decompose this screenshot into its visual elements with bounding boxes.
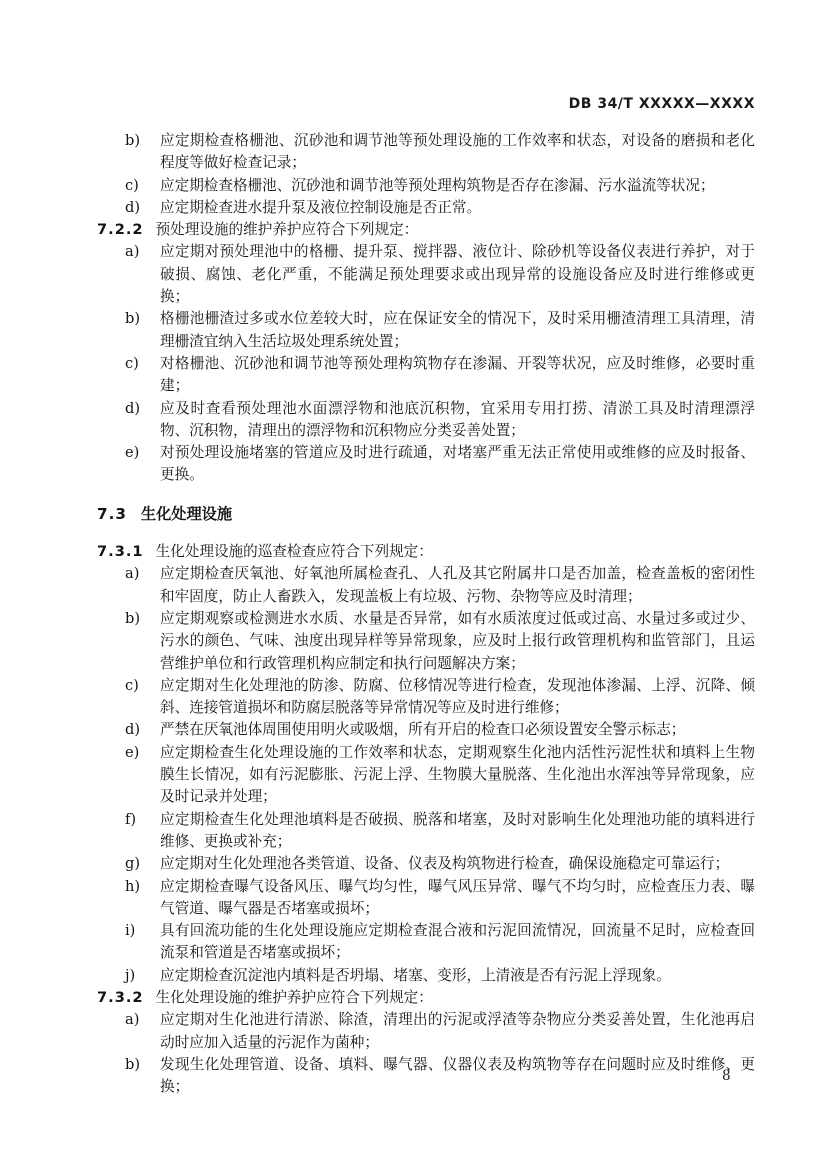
list-item-text: 严禁在厌氧池体周围使用明火或吸烟，所有开启的检查口必须设置安全警示标志； [160, 719, 755, 741]
list-item-label: g) [125, 853, 160, 875]
list-item-label: e) [125, 742, 160, 809]
clause-text: 预处理设施的维护养护应符合下列规定： [156, 221, 419, 238]
list-item-text: 发现生化处理管道、设备、填料、曝气器、仪器仪表及构筑物等存在问题时应及时维修、更… [160, 1054, 755, 1099]
list-item-text: 应定期对生化池进行清淤、除渣，清理出的污泥或浮渣等杂物应分类妥善处置，生化池再启… [160, 1009, 755, 1054]
list-item-text: 格栅池栅渣过多或水位差较大时，应在保证安全的情况下，及时采用栅渣清理工具清理，清… [160, 308, 755, 353]
list-item: i)具有回流功能的生化处理设施应定期检查混合液和污泥回流情况，回流量不足时，应检… [97, 920, 755, 965]
list-item-text: 应定期检查生化处理池填料是否破损、脱落和堵塞，及时对影响生化处理池功能的填料进行… [160, 809, 755, 854]
list-item: b)应定期检查格栅池、沉砂池和调节池等预处理设施的工作效率和状态，对设备的磨损和… [97, 130, 755, 175]
list-item-label: i) [125, 920, 160, 965]
list-item: a)应定期检查厌氧池、好氧池所属检查孔、人孔及其它附属井口是否加盖，检查盖板的密… [97, 563, 755, 608]
list-item-text: 应定期检查格栅池、沉砂池和调节池等预处理设施的工作效率和状态，对设备的磨损和老化… [160, 130, 755, 175]
clause-number: 7.3.2 [97, 989, 144, 1006]
document-page: DB 34/T XXXXX—XXXX b)应定期检查格栅池、沉砂池和调节池等预处… [0, 0, 826, 1169]
list-item: j)应定期检查沉淀池内填料是否坍塌、堵塞、变形，上清液是否有污泥上浮现象。 [97, 965, 755, 987]
list-item-text: 应及时查看预处理池水面漂浮物和池底沉积物，宜采用专用打捞、清淤工具及时清理漂浮物… [160, 398, 755, 443]
list-item: f)应定期检查生化处理池填料是否破损、脱落和堵塞，及时对影响生化处理池功能的填料… [97, 809, 755, 854]
list-item: c)对格栅池、沉砂池和调节池等预处理构筑物存在渗漏、开裂等状况，应及时维修，必要… [97, 353, 755, 398]
list-item: d)应及时查看预处理池水面漂浮物和池底沉积物，宜采用专用打捞、清淤工具及时清理漂… [97, 398, 755, 443]
list-item-label: e) [125, 442, 160, 487]
list-item: h)应定期检查曝气设备风压、曝气均匀性，曝气风压异常、曝气不均匀时，应检查压力表… [97, 876, 755, 921]
list-item: a)应定期对生化池进行清淤、除渣，清理出的污泥或浮渣等杂物应分类妥善处置，生化池… [97, 1009, 755, 1054]
list-item-label: d) [125, 719, 160, 741]
list-item-text: 应定期检查曝气设备风压、曝气均匀性，曝气风压异常、曝气不均匀时，应检查压力表、曝… [160, 876, 755, 921]
list-item-text: 应定期检查格栅池、沉砂池和调节池等预处理构筑物是否存在渗漏、污水溢流等状况； [160, 175, 755, 197]
list-item-label: a) [125, 241, 160, 308]
list-item-text: 应定期检查沉淀池内填料是否坍塌、堵塞、变形，上清液是否有污泥上浮现象。 [160, 965, 755, 987]
page-number: 8 [722, 1068, 731, 1084]
list-item-text: 应定期检查进水提升泵及液位控制设施是否正常。 [160, 197, 755, 219]
section-title: 生化处理设施 [141, 505, 232, 523]
list-item: g)应定期对生化处理池各类管道、设备、仪表及构筑物进行检查，确保设施稳定可靠运行… [97, 853, 755, 875]
list-item: b)发现生化处理管道、设备、填料、曝气器、仪器仪表及构筑物等存在问题时应及时维修… [97, 1054, 755, 1099]
list-item-text: 应定期对生化处理池各类管道、设备、仪表及构筑物进行检查，确保设施稳定可靠运行； [160, 853, 755, 875]
list-item: e)对预处理设施堵塞的管道应及时进行疏通，对堵塞严重无法正常使用或维修的应及时报… [97, 442, 755, 487]
list-item-text: 应定期检查厌氧池、好氧池所属检查孔、人孔及其它附属井口是否加盖，检查盖板的密闭性… [160, 563, 755, 608]
list-item-label: f) [125, 809, 160, 854]
list-item-label: c) [125, 353, 160, 398]
document-body: b)应定期检查格栅池、沉砂池和调节池等预处理设施的工作效率和状态，对设备的磨损和… [97, 130, 755, 1098]
clause-text: 生化处理设施的巡查检查应符合下列规定： [156, 543, 433, 560]
list-item-label: b) [125, 1054, 160, 1099]
list-item-label: b) [125, 608, 160, 675]
clause-heading: 7.2.2预处理设施的维护养护应符合下列规定： [97, 219, 755, 241]
list-item-label: d) [125, 197, 160, 219]
clause-number: 7.3.1 [97, 543, 144, 560]
list-item-label: a) [125, 1009, 160, 1054]
list-item-label: a) [125, 563, 160, 608]
clause-text: 生化处理设施的维护养护应符合下列规定： [156, 989, 433, 1006]
list-item-text: 应定期对生化处理池的防渗、防腐、位移情况等进行检查，发现池体渗漏、上浮、沉降、倾… [160, 675, 755, 720]
list-item: d)应定期检查进水提升泵及液位控制设施是否正常。 [97, 197, 755, 219]
clause-number: 7.2.2 [97, 221, 144, 238]
list-item-text: 对格栅池、沉砂池和调节池等预处理构筑物存在渗漏、开裂等状况，应及时维修，必要时重… [160, 353, 755, 398]
section-heading: 7.3生化处理设施 [97, 503, 755, 525]
list-item: c)应定期检查格栅池、沉砂池和调节池等预处理构筑物是否存在渗漏、污水溢流等状况； [97, 175, 755, 197]
list-item-label: c) [125, 675, 160, 720]
list-item: e)应定期检查生化处理设施的工作效率和状态，定期观察生化池内活性污泥性状和填料上… [97, 742, 755, 809]
list-item-text: 对预处理设施堵塞的管道应及时进行疏通，对堵塞严重无法正常使用或维修的应及时报备、… [160, 442, 755, 487]
document-code-header: DB 34/T XXXXX—XXXX [569, 96, 755, 112]
list-item: a)应定期对预处理池中的格栅、提升泵、搅拌器、液位计、除砂机等设备仪表进行养护，… [97, 241, 755, 308]
section-number: 7.3 [97, 505, 127, 523]
list-item-label: j) [125, 965, 160, 987]
list-item: d)严禁在厌氧池体周围使用明火或吸烟，所有开启的检查口必须设置安全警示标志； [97, 719, 755, 741]
list-item: b)应定期观察或检测进水水质、水量是否异常，如有水质浓度过低或过高、水量过多或过… [97, 608, 755, 675]
clause-heading: 7.3.2生化处理设施的维护养护应符合下列规定： [97, 987, 755, 1009]
list-item-text: 应定期观察或检测进水水质、水量是否异常，如有水质浓度过低或过高、水量过多或过少、… [160, 608, 755, 675]
list-item-text: 应定期对预处理池中的格栅、提升泵、搅拌器、液位计、除砂机等设备仪表进行养护，对于… [160, 241, 755, 308]
list-item-label: b) [125, 130, 160, 175]
list-item-label: b) [125, 308, 160, 353]
list-item-text: 应定期检查生化处理设施的工作效率和状态，定期观察生化池内活性污泥性状和填料上生物… [160, 742, 755, 809]
list-item: c)应定期对生化处理池的防渗、防腐、位移情况等进行检查，发现池体渗漏、上浮、沉降… [97, 675, 755, 720]
list-item-label: h) [125, 876, 160, 921]
list-item-label: d) [125, 398, 160, 443]
list-item: b)格栅池栅渣过多或水位差较大时，应在保证安全的情况下，及时采用栅渣清理工具清理… [97, 308, 755, 353]
clause-heading: 7.3.1生化处理设施的巡查检查应符合下列规定： [97, 541, 755, 563]
list-item-label: c) [125, 175, 160, 197]
list-item-text: 具有回流功能的生化处理设施应定期检查混合液和污泥回流情况，回流量不足时，应检查回… [160, 920, 755, 965]
